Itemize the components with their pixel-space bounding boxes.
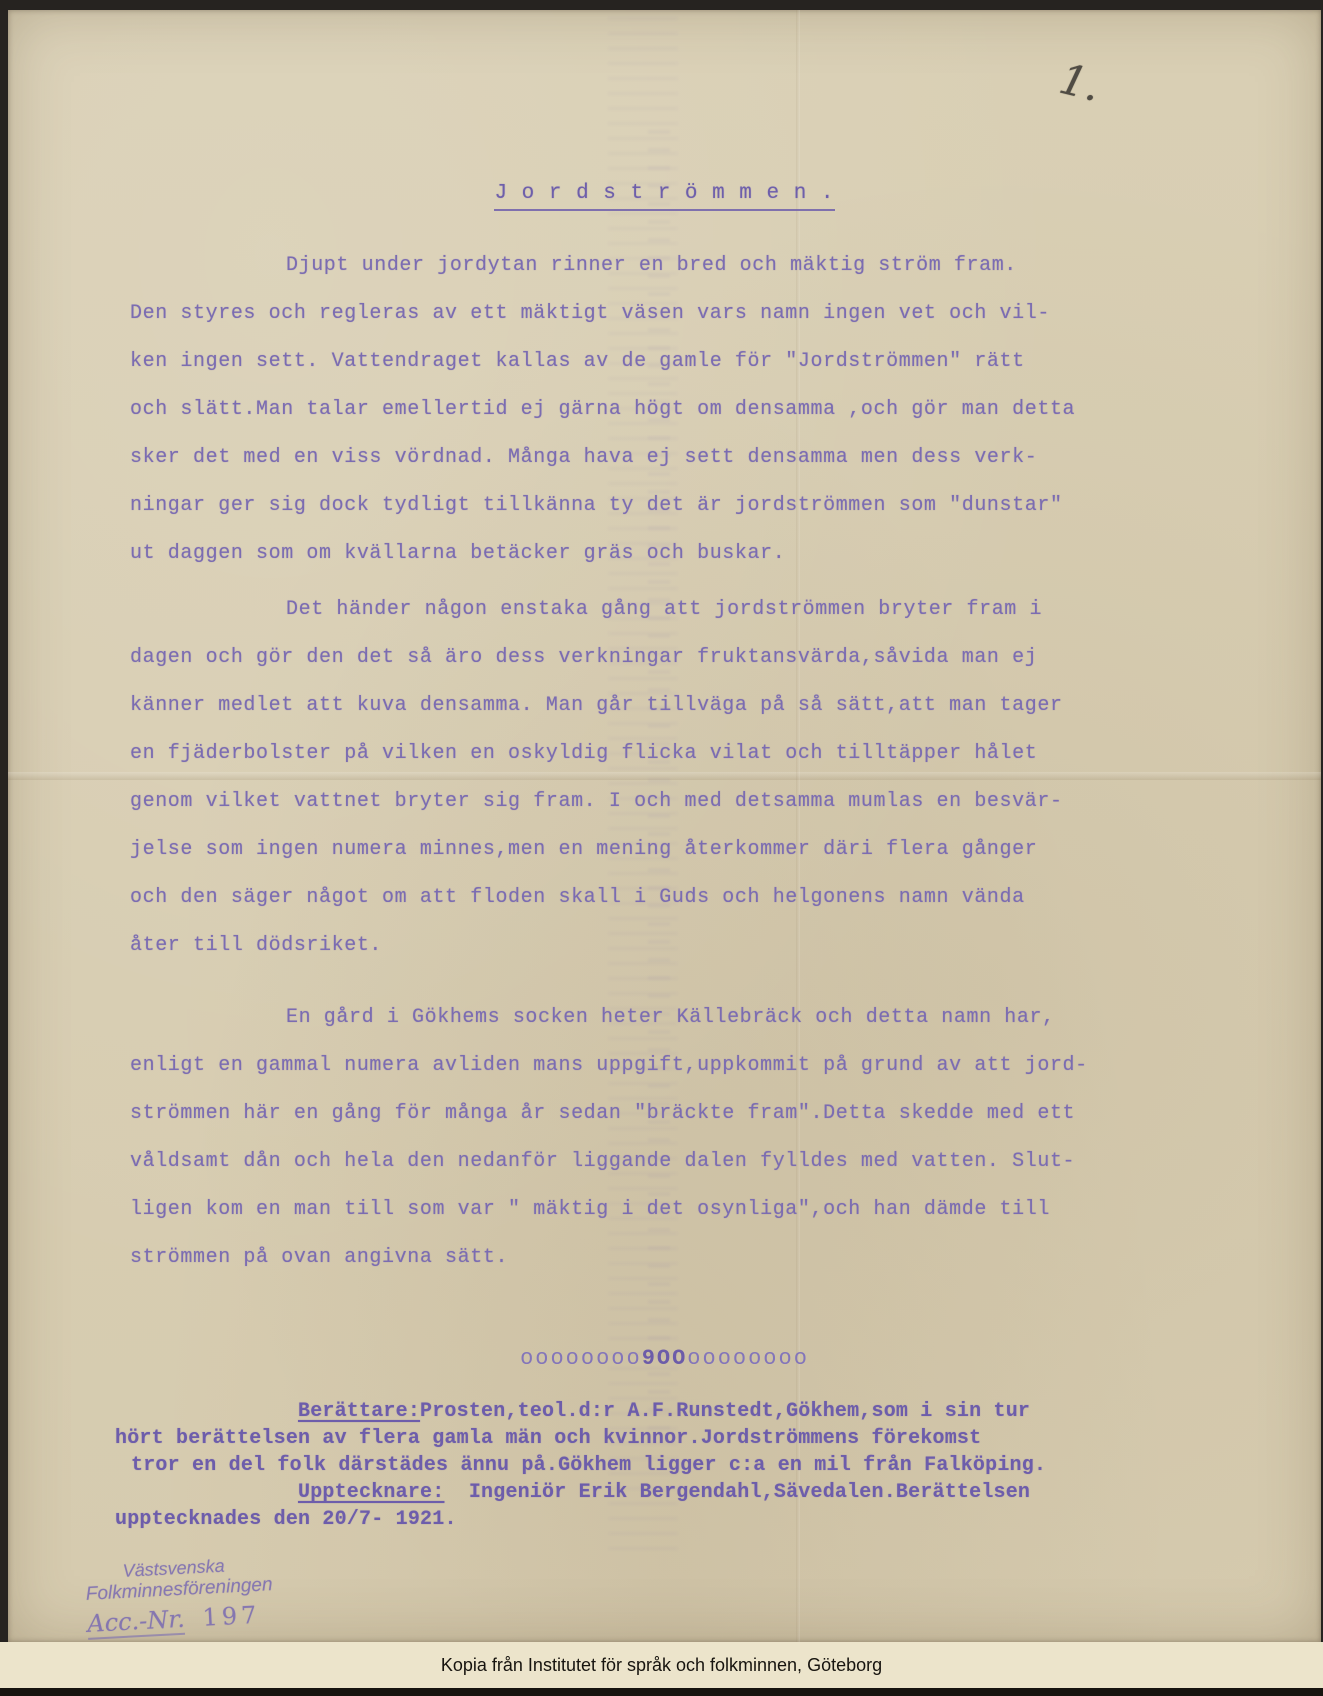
paper-sheet: 1. J o r d s t r ö m m e n . Djupt under… [8,10,1321,1642]
narrator-label: Berättare: [298,1400,420,1423]
recorder-text: Ingeniör Erik Bergendahl,Sävedalen.Berät… [444,1481,1030,1504]
text-line: Den styres och regleras av ett mäktigt v… [130,302,1140,350]
text-line: åter till dödsriket. [130,934,1140,982]
paragraph-3: En gård i Gökhems socken heter Källebräc… [130,1006,1140,1294]
narrator-line: Berättare:Prosten,teol.d:r A.F.Runstedt,… [115,1400,1215,1427]
text-line: dagen och gör den det så äro dess verkni… [130,646,1140,694]
text-line: känner medlet att kuva densamma. Man går… [130,694,1140,742]
text-line: enligt en gammal numera avliden mans upp… [130,1054,1140,1102]
text-line: jelse som ingen numera minnes,men en men… [130,838,1140,886]
archive-stamp: Västsvenska Folkminnesföreningen Acc.-Nr… [84,1553,275,1638]
recorder-label: Upptecknare: [298,1481,444,1504]
scanned-document-page: { "page": { "annotation": "1." }, "title… [0,0,1323,1696]
scan-attribution-text: Kopia från Institutet för språk och folk… [441,1655,882,1676]
paragraph-1: Djupt under jordytan rinner en bred och … [130,254,1140,590]
text-line: våldsamt dån och hela den nedanför ligga… [130,1150,1140,1198]
text-line: En gård i Gökhems socken heter Källebräc… [130,1006,1140,1054]
recorder-line: upptecknades den 20/7- 1921. [115,1508,1215,1535]
divider-right: oooooooo [687,1346,809,1371]
narrator-line: hört berättelsen av flera gamla män och … [115,1427,1215,1454]
divider-mid: 9OO [642,1346,688,1371]
scan-bottom-edge [0,1688,1323,1696]
text-line: en fjäderbolster på vilken en oskyldig f… [130,742,1140,790]
text-line: och den säger något om att floden skall … [130,886,1140,934]
accession-label: Acc.-Nr. [87,1605,186,1640]
text-line: och slätt.Man talar emellertid ej gärna … [130,398,1140,446]
text-line: Det händer någon enstaka gång att jordst… [130,598,1140,646]
text-line: ken ingen sett. Vattendraget kallas av d… [130,350,1140,398]
scan-attribution-bar: Kopia från Institutet för språk och folk… [0,1642,1323,1688]
handwritten-page-number: 1. [1055,54,1106,111]
paragraph-2: Det händer någon enstaka gång att jordst… [130,598,1140,982]
text-line: ut daggen som om kvällarna betäcker gräs… [130,542,1140,590]
text-line: strömmen här en gång för många år sedan … [130,1102,1140,1150]
text-line: strömmen på ovan angivna sätt. [130,1246,1140,1294]
narrator-text: Prosten,teol.d:r A.F.Runstedt,Gökhem,som… [420,1400,1030,1423]
narrator-line: tror en del folk därstädes ännu på.Gökhe… [115,1454,1215,1481]
text-line: ningar ger sig dock tydligt tillkänna ty… [130,494,1140,542]
text-line: Djupt under jordytan rinner en bred och … [130,254,1140,302]
text-line: genom vilket vattnet bryter sig fram. I … [130,790,1140,838]
ornament-divider: oooooooo9OOoooooooo [8,1346,1321,1371]
text-line: ligen kom en man till som var " mäktig i… [130,1198,1140,1246]
accession-number: 197 [184,1601,261,1633]
document-title: J o r d s t r ö m m e n . [8,182,1321,205]
recorder-line: Upptecknare: Ingeniör Erik Bergendahl,Sä… [115,1481,1215,1508]
text-line: sker det med en viss vördnad. Många hava… [130,446,1140,494]
attribution-block: Berättare:Prosten,teol.d:r A.F.Runstedt,… [115,1400,1215,1535]
document-title-text: J o r d s t r ö m m e n . [494,182,834,211]
divider-left: oooooooo [520,1346,642,1371]
